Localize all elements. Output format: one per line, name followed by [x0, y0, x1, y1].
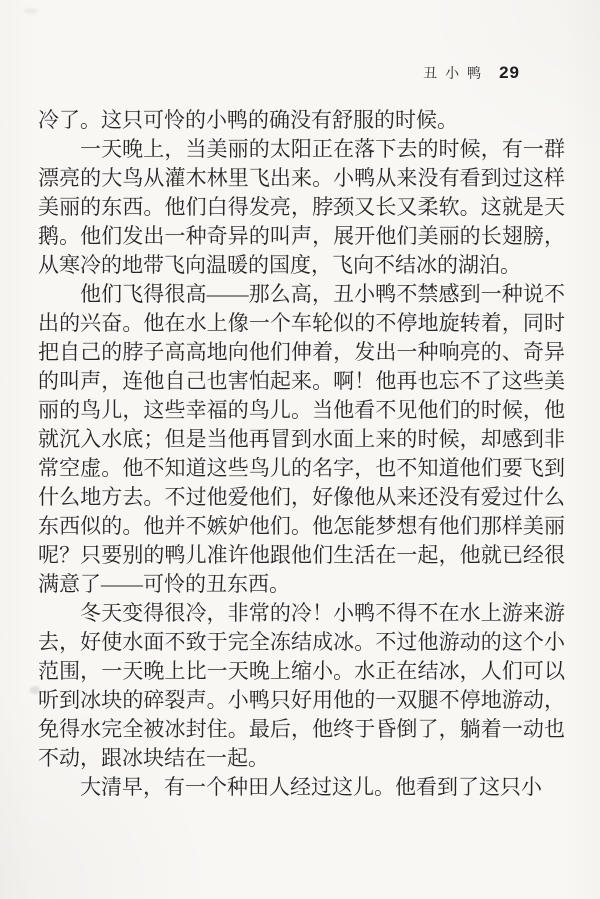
book-page: 丑小鸭 29 冷了。这只可怜的小鸭的确没有舒服的时候。一天晚上，当美丽的太阳正在…: [0, 0, 600, 899]
page-header: 丑小鸭 29: [0, 63, 520, 83]
paragraph: 他们飞得很高——那么高，丑小鸭不禁感到一种说不出的兴奋。他在水上像一个车轮似的不…: [38, 280, 565, 599]
paragraph: 大清早，有一个种田人经过这儿。他看到了这只小: [38, 773, 565, 802]
paragraph: 冬天变得很冷，非常的冷！小鸭不得不在水上游来游去，好使水面不致于完全冻结成冰。不…: [38, 599, 565, 773]
scan-smudge: [24, 8, 38, 14]
paragraph: 一天晚上，当美丽的太阳正在落下去的时候，有一群漂亮的大鸟从灌木林里飞出来。小鸭从…: [38, 135, 565, 280]
paragraph: 冷了。这只可怜的小鸭的确没有舒服的时候。: [38, 106, 565, 135]
page-number: 29: [499, 63, 520, 82]
page-body: 冷了。这只可怜的小鸭的确没有舒服的时候。一天晚上，当美丽的太阳正在落下去的时候，…: [38, 106, 565, 802]
running-title: 丑小鸭: [423, 67, 489, 82]
